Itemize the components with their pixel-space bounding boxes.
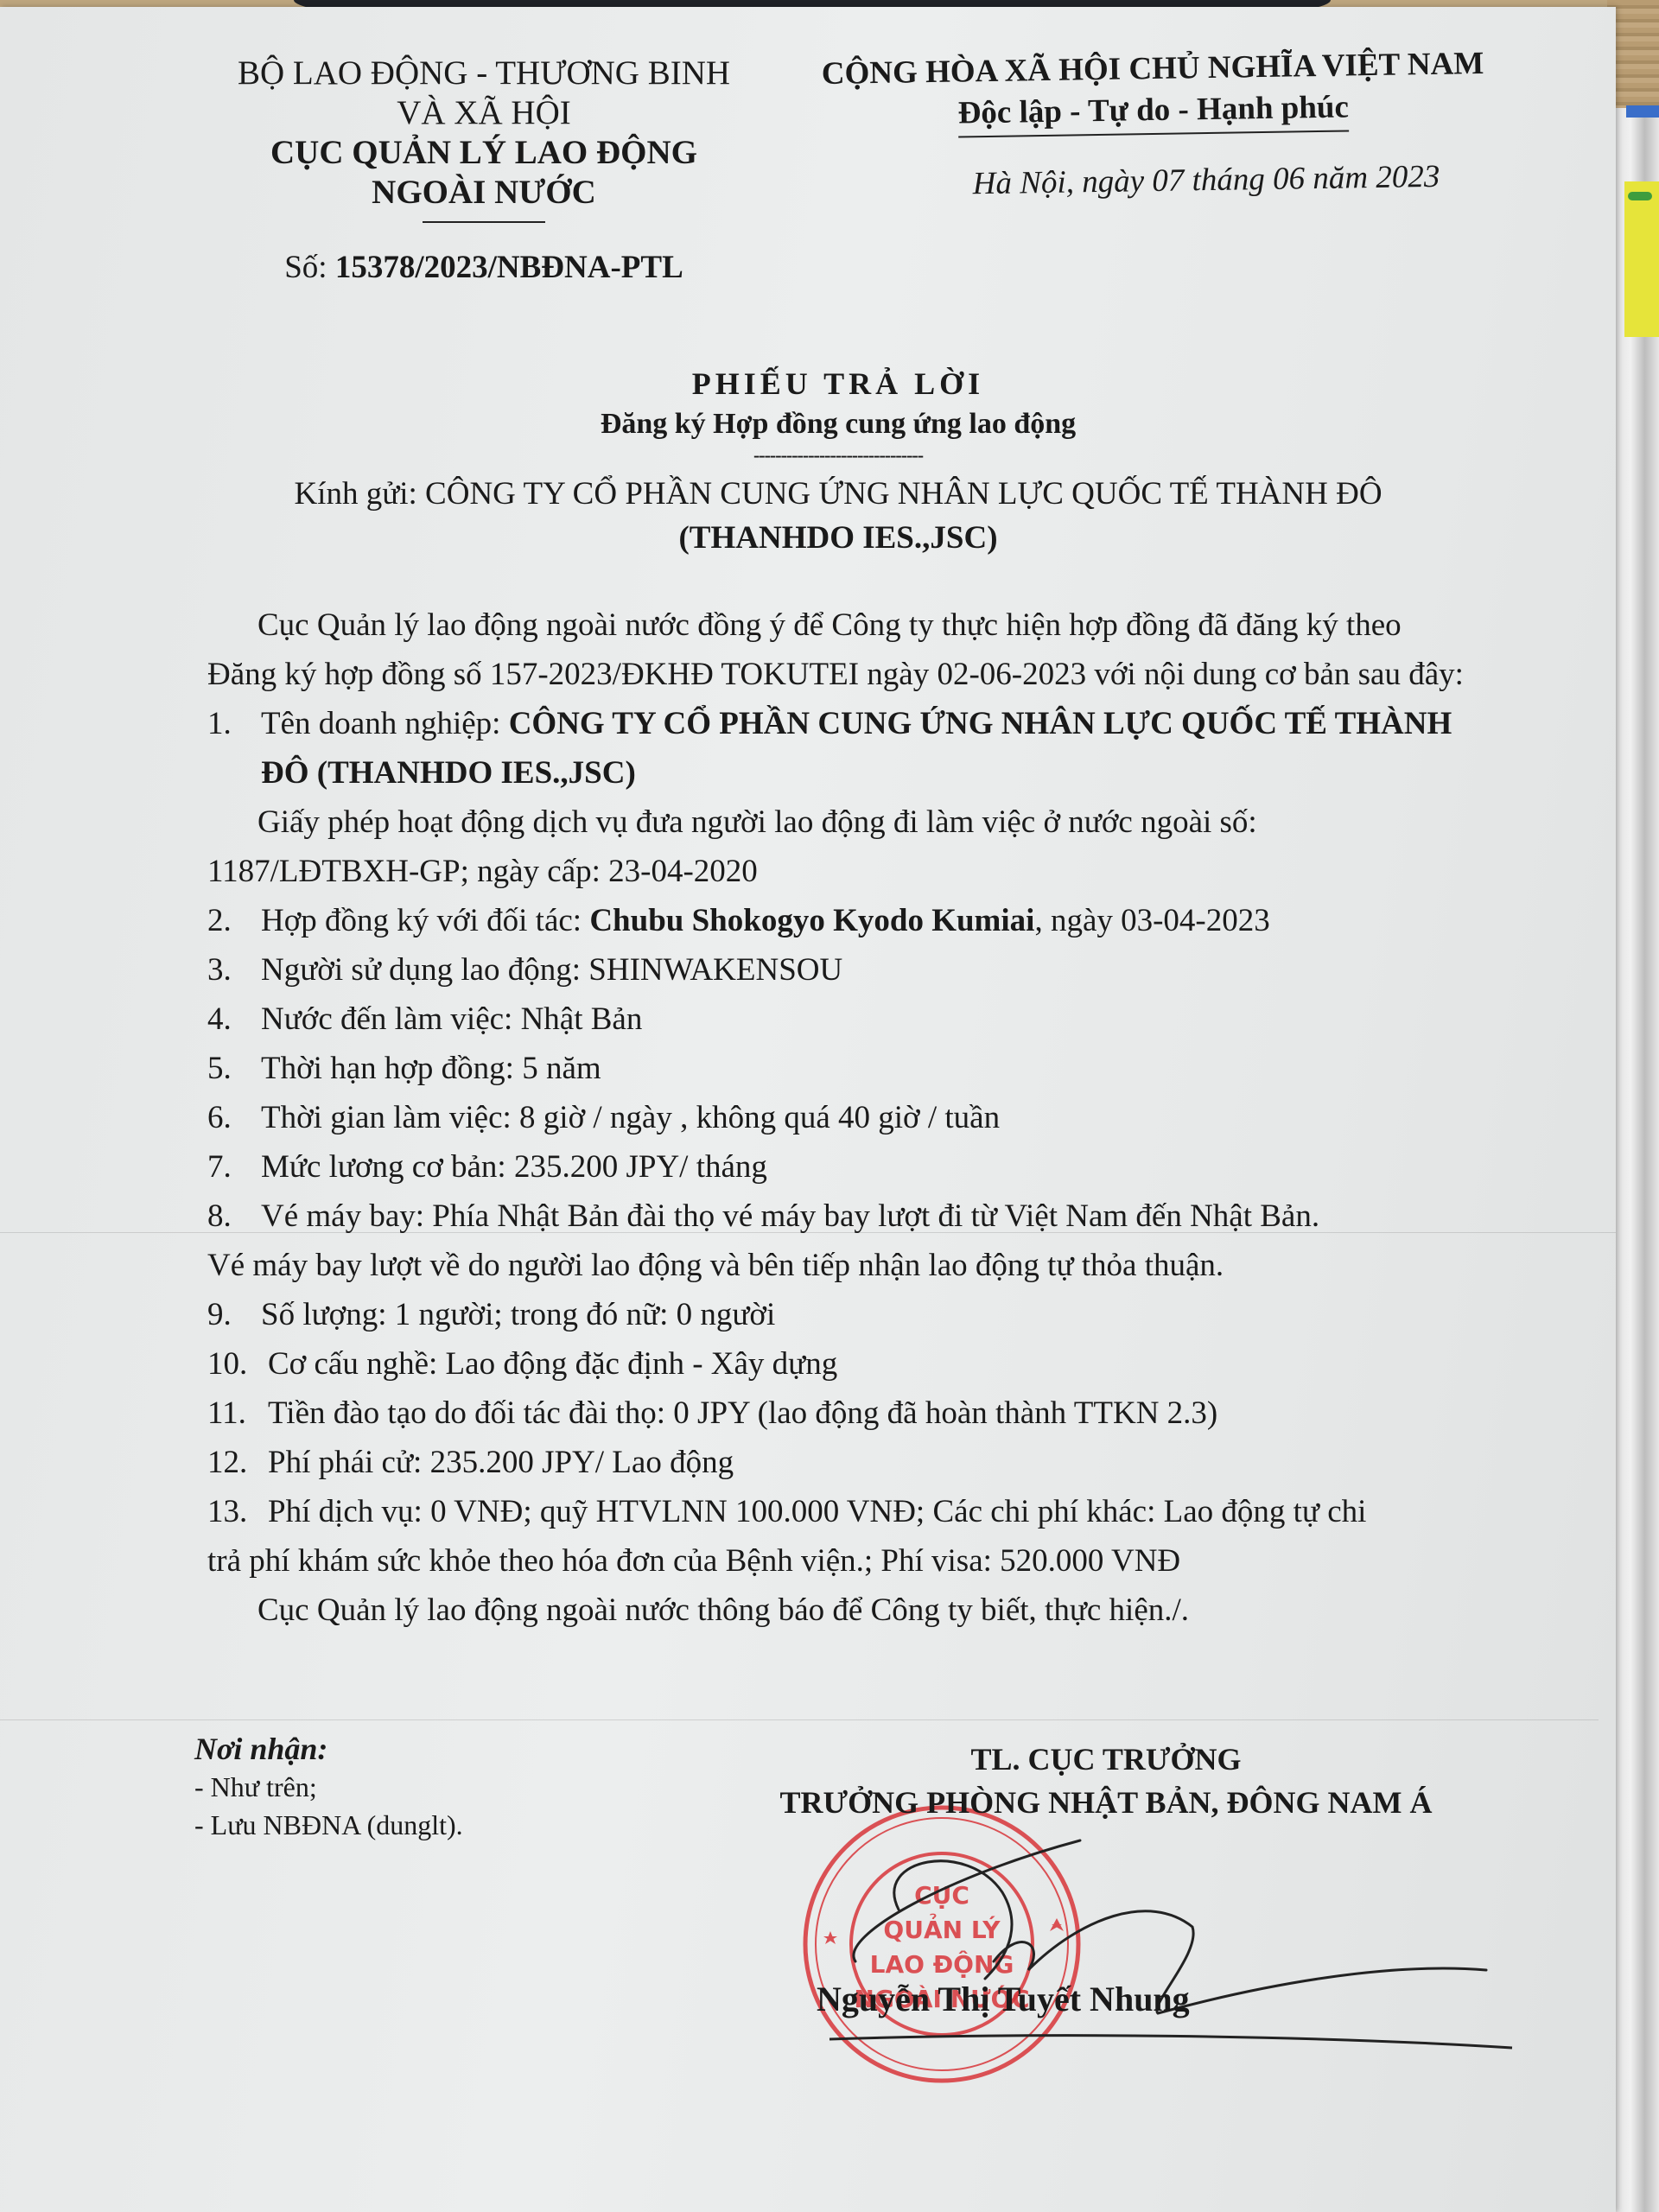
addressee-short: (THANHDO IES.,JSC): [216, 517, 1460, 560]
list-item-continuation: Vé máy bay lượt về do người lao động và …: [207, 1241, 1469, 1290]
recipient-line: - Như trên;: [194, 1768, 463, 1806]
document-title: PHIẾU TRẢ LỜI: [216, 363, 1460, 404]
list-item: 7.Mức lương cơ bản: 235.200 JPY/ tháng: [207, 1142, 1469, 1192]
signer-authority: TL. CỤC TRƯỞNG: [674, 1737, 1538, 1782]
list-item-continuation: trả phí khám sức khỏe theo hóa đơn của B…: [207, 1536, 1469, 1586]
list-item: 3.Người sử dụng lao động: SHINWAKENSOU: [207, 945, 1469, 995]
list-item: 9.Số lượng: 1 người; trong đó nữ: 0 ngườ…: [207, 1290, 1469, 1339]
handwritten-signature-icon: [821, 1806, 1529, 2065]
national-motto: Độc lập - Tự do - Hạnh phúc: [957, 86, 1349, 137]
list-item: 5.Thời hạn hợp đồng: 5 năm: [207, 1044, 1469, 1093]
national-header: CỘNG HÒA XÃ HỘI CHỦ NGHĨA VIỆT NAM Độc l…: [785, 42, 1522, 205]
list-item: 2. Hợp đồng ký với đối tác: Chubu Shokog…: [207, 896, 1469, 945]
document-number: Số: 15378/2023/NBĐNA-PTL: [216, 249, 752, 286]
binder-edge: [1611, 108, 1659, 2212]
document-subtitle: Đăng ký Hợp đồng cung ứng lao động: [216, 404, 1460, 444]
department-line1: CỤC QUẢN LÝ LAO ĐỘNG: [216, 133, 752, 173]
addressee: Kính gửi: CÔNG TY CỔ PHẦN CUNG ỨNG NHÂN …: [216, 472, 1460, 517]
list-item: 8.Vé máy bay: Phía Nhật Bản đài thọ vé m…: [207, 1192, 1469, 1241]
recipient-line: - Lưu NBĐNA (dunglt).: [194, 1806, 463, 1844]
ministry-line2: VÀ XÃ HỘI: [216, 93, 752, 133]
list-item: 12.Phí phái cử: 235.200 JPY/ Lao động: [207, 1438, 1469, 1487]
document-body: Cục Quản lý lao động ngoài nước đồng ý đ…: [207, 601, 1469, 1635]
closing-paragraph: Cục Quản lý lao động ngoài nước thông bá…: [207, 1586, 1469, 1635]
list-item: 13.Phí dịch vụ: 0 VNĐ; quỹ HTVLNN 100.00…: [207, 1487, 1469, 1536]
signer-name: Nguyễn Thị Tuyết Nhung: [817, 1979, 1190, 2019]
department-line2: NGOÀI NƯỚC: [216, 173, 752, 213]
yellow-sticky-tab: [1624, 181, 1659, 337]
license-paragraph: Giấy phép hoạt động dịch vụ đưa người la…: [207, 798, 1469, 896]
document-title-block: PHIẾU TRẢ LỜI Đăng ký Hợp đồng cung ứng …: [216, 363, 1460, 560]
list-item: 11.Tiền đào tạo do đối tác đài thọ: 0 JP…: [207, 1389, 1469, 1438]
recipients-heading: Nơi nhận:: [194, 1730, 463, 1768]
header-rule: [423, 221, 545, 223]
blue-tab: [1626, 105, 1659, 118]
recipients-block: Nơi nhận: - Như trên; - Lưu NBĐNA (dungl…: [194, 1730, 463, 1844]
fold-line: [0, 1719, 1599, 1720]
intro-paragraph: Cục Quản lý lao động ngoài nước đồng ý đ…: [207, 601, 1469, 699]
issuing-agency: BỘ LAO ĐỘNG - THƯƠNG BINH VÀ XÃ HỘI CỤC …: [216, 54, 752, 286]
list-item: 10.Cơ cấu nghề: Lao động đặc định - Xây …: [207, 1339, 1469, 1389]
list-item: 4.Nước đến làm việc: Nhật Bản: [207, 995, 1469, 1044]
ministry-line1: BỘ LAO ĐỘNG - THƯƠNG BINH: [216, 54, 752, 93]
title-separator: -------------------------------: [216, 444, 1460, 467]
list-item: 1. Tên doanh nghiệp: CÔNG TY CỔ PHẦN CUN…: [207, 699, 1469, 798]
list-item: 6.Thời gian làm việc: 8 giờ / ngày , khô…: [207, 1093, 1469, 1142]
